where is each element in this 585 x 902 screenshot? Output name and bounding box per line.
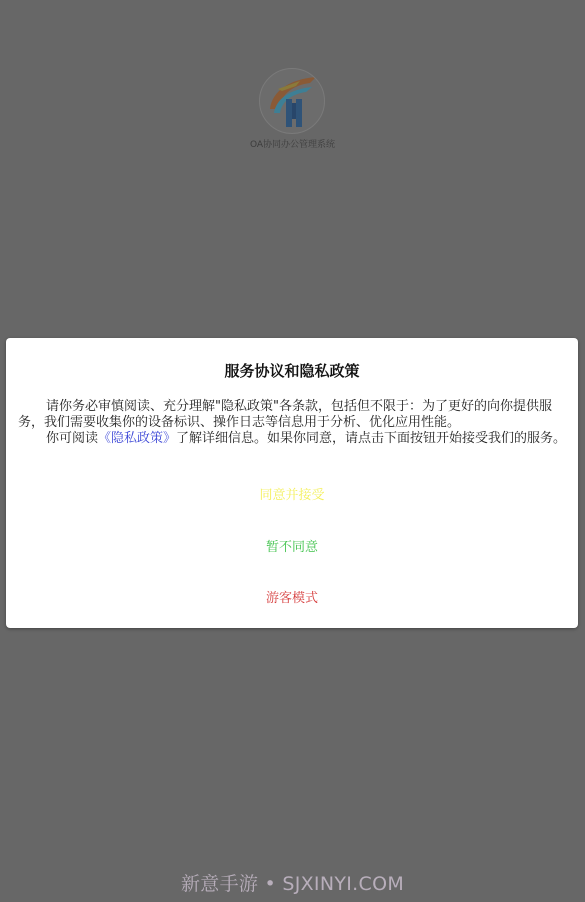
- dialog-body: 请你务必审慎阅读、充分理解"隐私政策"各条款，包括但不限于：为了更好的向你提供服…: [18, 399, 568, 447]
- dialog-title: 服务协议和隐私政策: [6, 360, 578, 381]
- paragraph-2-prefix: 你可阅读: [46, 431, 98, 446]
- privacy-paragraph-2: 你可阅读《隐私政策》了解详细信息。如果你同意，请点击下面按钮开始接受我们的服务。: [18, 431, 568, 447]
- watermark: 新意手游 • SJXINYI.COM: [0, 869, 585, 896]
- app-logo-icon: [259, 68, 325, 134]
- disagree-button[interactable]: 暂不同意: [6, 536, 578, 555]
- guest-mode-button[interactable]: 游客模式: [6, 587, 578, 606]
- app-name-caption: OA协同办公管理系统: [0, 137, 585, 150]
- agree-button[interactable]: 同意并接受: [6, 484, 578, 503]
- privacy-dialog: 服务协议和隐私政策 请你务必审慎阅读、充分理解"隐私政策"各条款，包括但不限于：…: [6, 338, 578, 628]
- privacy-policy-link[interactable]: 《隐私政策》: [98, 431, 176, 446]
- privacy-paragraph-1: 请你务必审慎阅读、充分理解"隐私政策"各条款，包括但不限于：为了更好的向你提供服…: [18, 399, 568, 431]
- paragraph-2-suffix: 了解详细信息。如果你同意，请点击下面按钮开始接受我们的服务。: [176, 431, 566, 446]
